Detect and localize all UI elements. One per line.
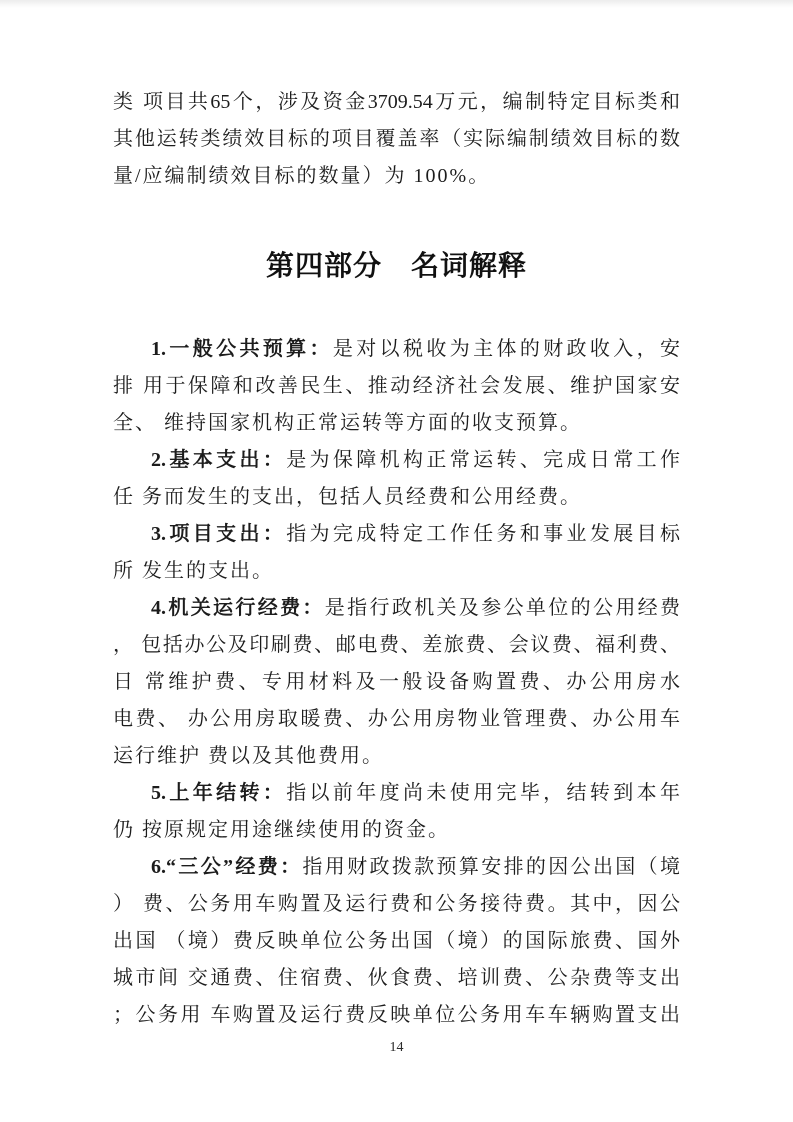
term-definition-text: 指用财政拨款预算安排的因公出国（境 [302,856,680,878]
text-line: 日 常维护费、专用材料及一般设备购置费、办公用房水 [113,664,680,701]
term-definition-text: 是对以税收为主体的财政收入，安 [333,338,680,360]
term-paragraph-6: 6.“三公”经费：指用财政拨款预算安排的因公出国（境 ） 费、公务用车购置及运行… [113,849,680,1034]
term-label: 6.“三公”经费： [151,856,302,878]
term-definition-text: 是为保障机构正常运转、完成日常工作 [286,449,680,471]
text-line: 2.基本支出：是为保障机构正常运转、完成日常工作 [113,442,680,479]
term-label: 1.一般公共预算： [151,338,333,360]
text-line: 任 务而发生的支出，包括人员经费和公用经费。 [113,479,680,516]
term-paragraph-2: 2.基本支出：是为保障机构正常运转、完成日常工作 任 务而发生的支出，包括人员经… [113,442,680,516]
text-line: 3.项目支出：指为完成特定工作任务和事业发展目标 [113,516,680,553]
text-line: 量/应编制绩效目标的数量）为 100%。 [113,158,680,195]
section-heading: 第四部分 名词解释 [113,247,680,287]
text-line: 运行维护 费以及其他费用。 [113,738,680,775]
text-line: 类 项目共65个，涉及资金3709.54万元，编制特定目标类和 [113,84,680,121]
document-page: 类 项目共65个，涉及资金3709.54万元，编制特定目标类和 其他运转类绩效目… [0,0,793,1122]
term-paragraph-3: 3.项目支出：指为完成特定工作任务和事业发展目标 所 发生的支出。 [113,516,680,590]
term-definition-text: 指以前年度尚未使用完毕，结转到本年 [286,782,680,804]
text-line: ） 费、公务用车购置及运行费和公务接待费。其中，因公 [113,886,680,923]
text-line: 全、 维持国家机构正常运转等方面的收支预算。 [113,405,680,442]
document-content: 类 项目共65个，涉及资金3709.54万元，编制特定目标类和 其他运转类绩效目… [113,0,680,1034]
text-line: 仍 按原规定用途继续使用的资金。 [113,812,680,849]
text-line: 4.机关运行经费：是指行政机关及参公单位的公用经费 [113,590,680,627]
text-line: 电费、 办公用房取暖费、办公用房物业管理费、办公用车 [113,701,680,738]
term-label: 5.上年结转： [151,782,286,804]
term-definition-text: 指为完成特定工作任务和事业发展目标 [286,523,680,545]
text-line: 1.一般公共预算：是对以税收为主体的财政收入，安 [113,331,680,368]
text-line: ， 包括办公及印刷费、邮电费、差旅费、会议费、福利费、 [113,627,680,664]
text-line: 城市间 交通费、住宿费、伙食费、培训费、公杂费等支出 [113,960,680,997]
term-definition-text: 是指行政机关及参公单位的公用经费 [325,597,680,619]
intro-paragraph: 类 项目共65个，涉及资金3709.54万元，编制特定目标类和 其他运转类绩效目… [113,84,680,195]
term-paragraph-5: 5.上年结转：指以前年度尚未使用完毕，结转到本年 仍 按原规定用途继续使用的资金… [113,775,680,849]
term-paragraph-1: 1.一般公共预算：是对以税收为主体的财政收入，安 排 用于保障和改善民生、推动经… [113,331,680,442]
page-number: 14 [0,1038,793,1058]
text-line: 6.“三公”经费：指用财政拨款预算安排的因公出国（境 [113,849,680,886]
text-line: 其他运转类绩效目标的项目覆盖率（实际编制绩效目标的数 [113,121,680,158]
text-line: 排 用于保障和改善民生、推动经济社会发展、维护国家安 [113,368,680,405]
text-line: 出国 （境）费反映单位公务出国（境）的国际旅费、国外 [113,923,680,960]
text-line: 所 发生的支出。 [113,553,680,590]
term-label: 3.项目支出： [151,523,286,545]
term-label: 4.机关运行经费： [151,597,325,619]
text-line: ；公务用 车购置及运行费反映单位公务用车车辆购置支出 [113,997,680,1034]
term-label: 2.基本支出： [151,449,286,471]
term-paragraph-4: 4.机关运行经费：是指行政机关及参公单位的公用经费 ， 包括办公及印刷费、邮电费… [113,590,680,775]
text-line: 5.上年结转：指以前年度尚未使用完毕，结转到本年 [113,775,680,812]
